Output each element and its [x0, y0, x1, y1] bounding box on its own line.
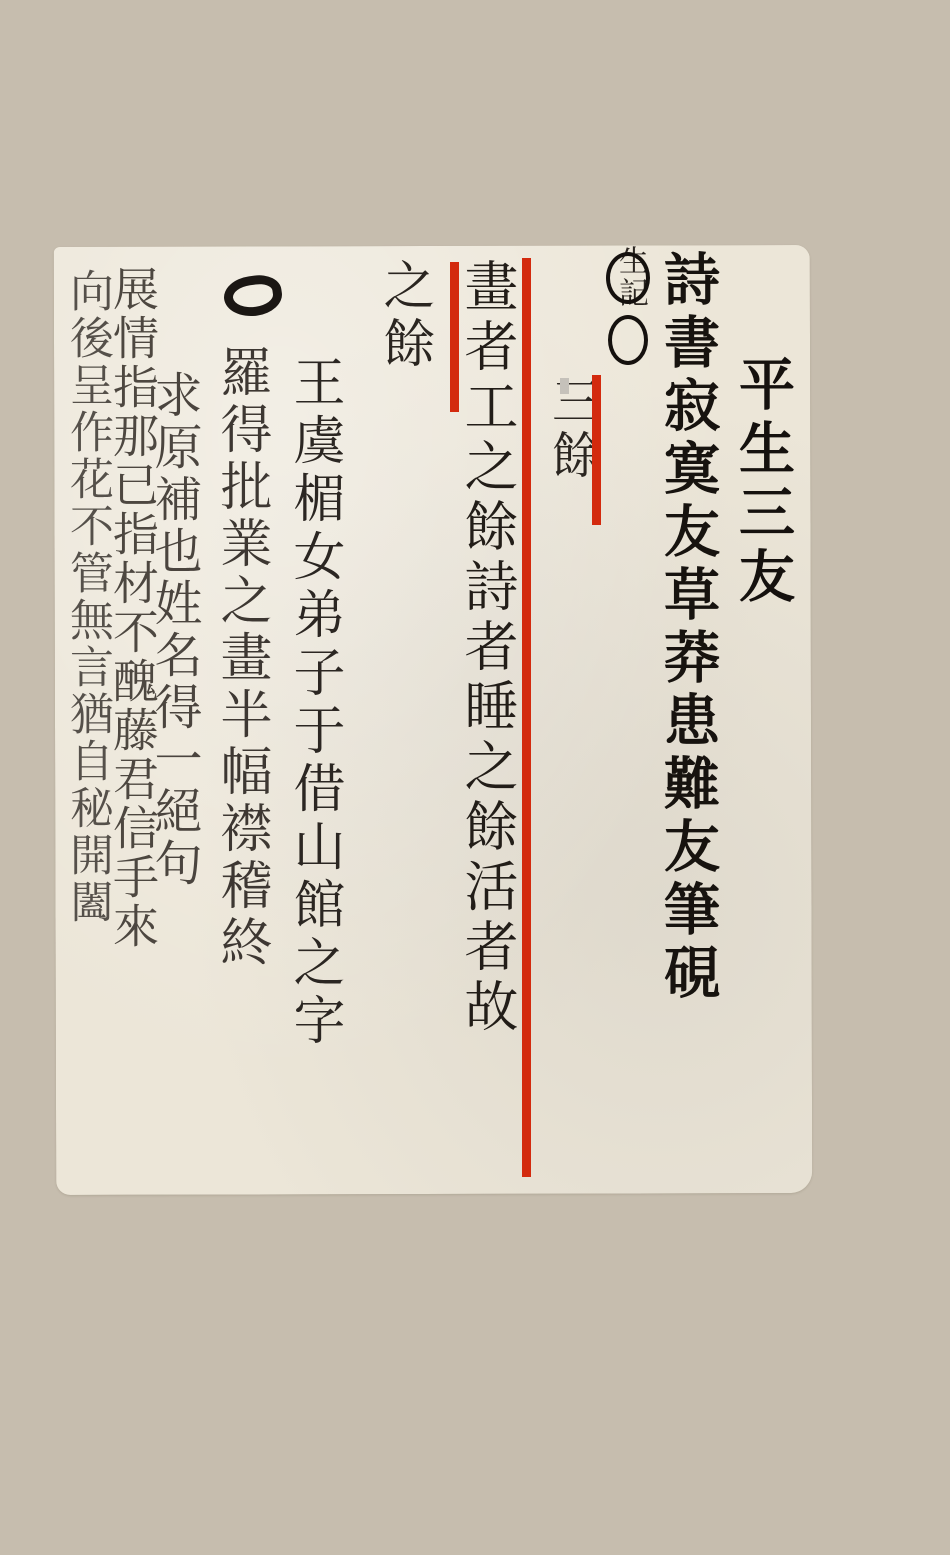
title-column: 平生三友 [735, 355, 791, 611]
poem-column-1: 羅得批業之畫半幅襟稽終 [215, 345, 267, 972]
signature-column: 王虞楣女弟子于借山館之字 [288, 355, 340, 1051]
text-column-1: 詩書寂寞友草莽患難友筆硯 [660, 250, 716, 1006]
gray-redaction-mark [560, 378, 569, 394]
red-annotation-bar-a [450, 262, 459, 412]
margin-note-column: 三餘 [548, 375, 598, 483]
text-column-3: 之餘 [378, 258, 430, 374]
note-circle-mark [608, 315, 648, 365]
poem-column-3: 展情指那已指材不醜藤君信手來 [110, 265, 156, 951]
red-annotation-bar-c [592, 375, 601, 525]
red-annotation-bar-b [522, 258, 531, 1177]
note-circle-mark [606, 252, 650, 304]
text-column-2: 畫者工之餘詩者睡之餘活者故 [460, 258, 514, 1038]
poem-column-4: 向後呈作花不管無言猶自秘開闔 [65, 268, 109, 926]
